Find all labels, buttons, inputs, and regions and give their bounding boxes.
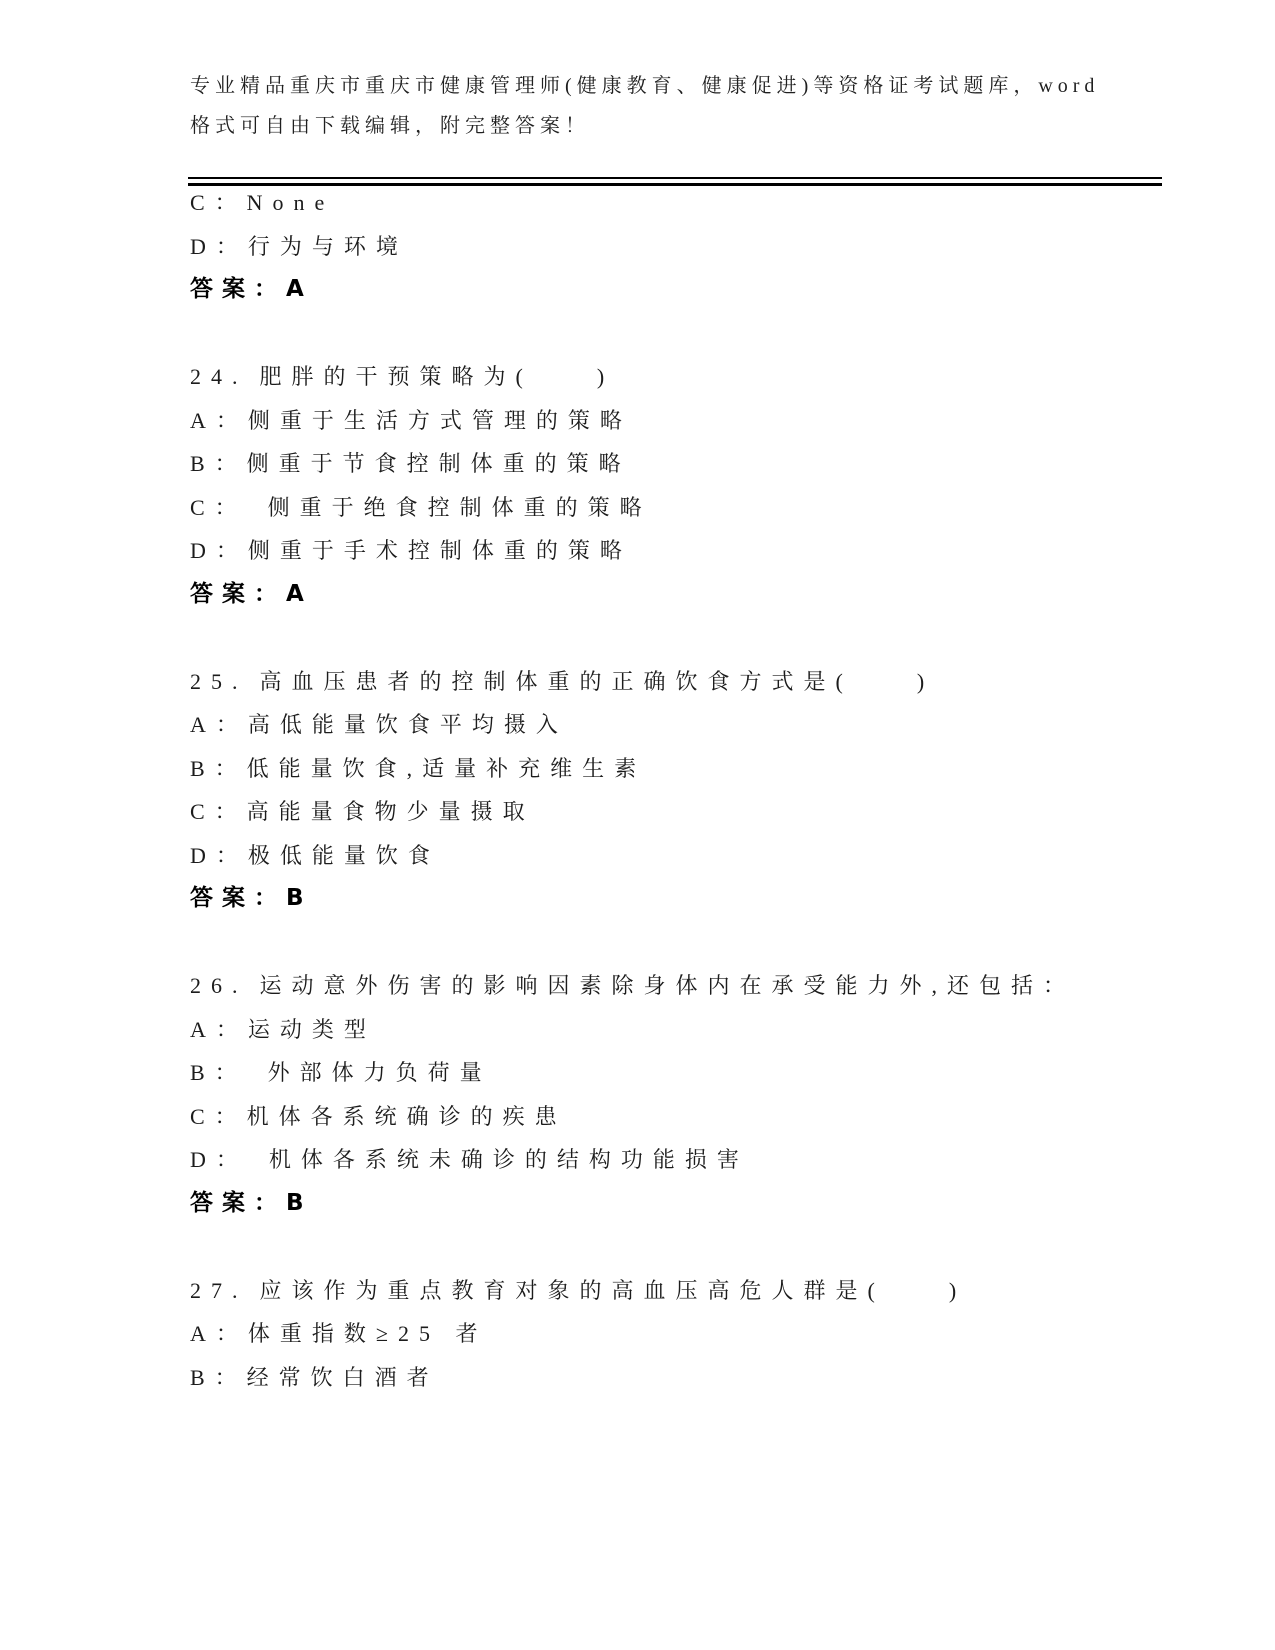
question-option: C：高能量食物少量摄取: [190, 790, 1165, 834]
question-stem: 25.高血压患者的控制体重的正确饮食方式是( ): [190, 660, 1165, 704]
question-option: A：高低能量饮食平均摄入: [190, 703, 1165, 747]
question-option: D： 机体各系统未确诊的结构功能损害: [190, 1138, 1165, 1182]
blank-line: [190, 616, 1165, 660]
question-option: C：None: [190, 181, 1165, 225]
question-number: 25.: [190, 669, 248, 694]
question-stem: 24.肥胖的干预策略为( ): [190, 355, 1165, 399]
header-text-line-2: 格式可自由下载编辑，附完整答案！: [190, 106, 1150, 146]
question-stem: 27.应该作为重点教育对象的高血压高危人群是( ): [190, 1269, 1165, 1313]
question-option: A：运动类型: [190, 1008, 1165, 1052]
page-header: 专业精品重庆市重庆市健康管理师(健康教育、健康促进)等资格证考试题库，word …: [190, 66, 1150, 146]
question-option: D：侧重于手术控制体重的策略: [190, 529, 1165, 573]
question-answer: 答案：A: [190, 268, 1165, 312]
question-option: B：低能量饮食,适量补充维生素: [190, 747, 1165, 791]
question-option: B： 外部体力负荷量: [190, 1051, 1165, 1095]
blank-line: [190, 1225, 1165, 1269]
blank-line: [190, 312, 1165, 356]
document-body: C：None D：行为与环境 答案：A 24.肥胖的干预策略为( ) A：侧重于…: [190, 181, 1165, 1399]
question-option: A：体重指数≥25 者: [190, 1312, 1165, 1356]
question-stem: 26.运动意外伤害的影响因素除身体内在承受能力外,还包括：: [190, 964, 1165, 1008]
question-option: C： 侧重于绝食控制体重的策略: [190, 486, 1165, 530]
question-option: B：经常饮白酒者: [190, 1356, 1165, 1400]
question-option: B：侧重于节食控制体重的策略: [190, 442, 1165, 486]
question-option: D：极低能量饮食: [190, 834, 1165, 878]
header-text-line-1: 专业精品重庆市重庆市健康管理师(健康教育、健康促进)等资格证考试题库，word: [190, 66, 1150, 106]
question-stem-text: 应该作为重点教育对象的高血压高危人群是( ): [260, 1278, 967, 1303]
question-number: 26.: [190, 973, 248, 998]
question-stem-text: 运动意外伤害的影响因素除身体内在承受能力外,还包括：: [260, 973, 1076, 998]
document-page: 专业精品重庆市重庆市健康管理师(健康教育、健康促进)等资格证考试题库，word …: [0, 0, 1275, 1650]
question-option: C：机体各系统确诊的疾患: [190, 1095, 1165, 1139]
question-number: 24.: [190, 364, 248, 389]
question-stem-text: 肥胖的干预策略为( ): [260, 364, 615, 389]
question-option: D：行为与环境: [190, 225, 1165, 269]
question-stem-text: 高血压患者的控制体重的正确饮食方式是( ): [260, 669, 935, 694]
question-answer: 答案：B: [190, 1182, 1165, 1226]
question-number: 27.: [190, 1278, 248, 1303]
question-answer: 答案：B: [190, 877, 1165, 921]
blank-line: [190, 921, 1165, 965]
question-option: A：侧重于生活方式管理的策略: [190, 399, 1165, 443]
question-answer: 答案：A: [190, 573, 1165, 617]
